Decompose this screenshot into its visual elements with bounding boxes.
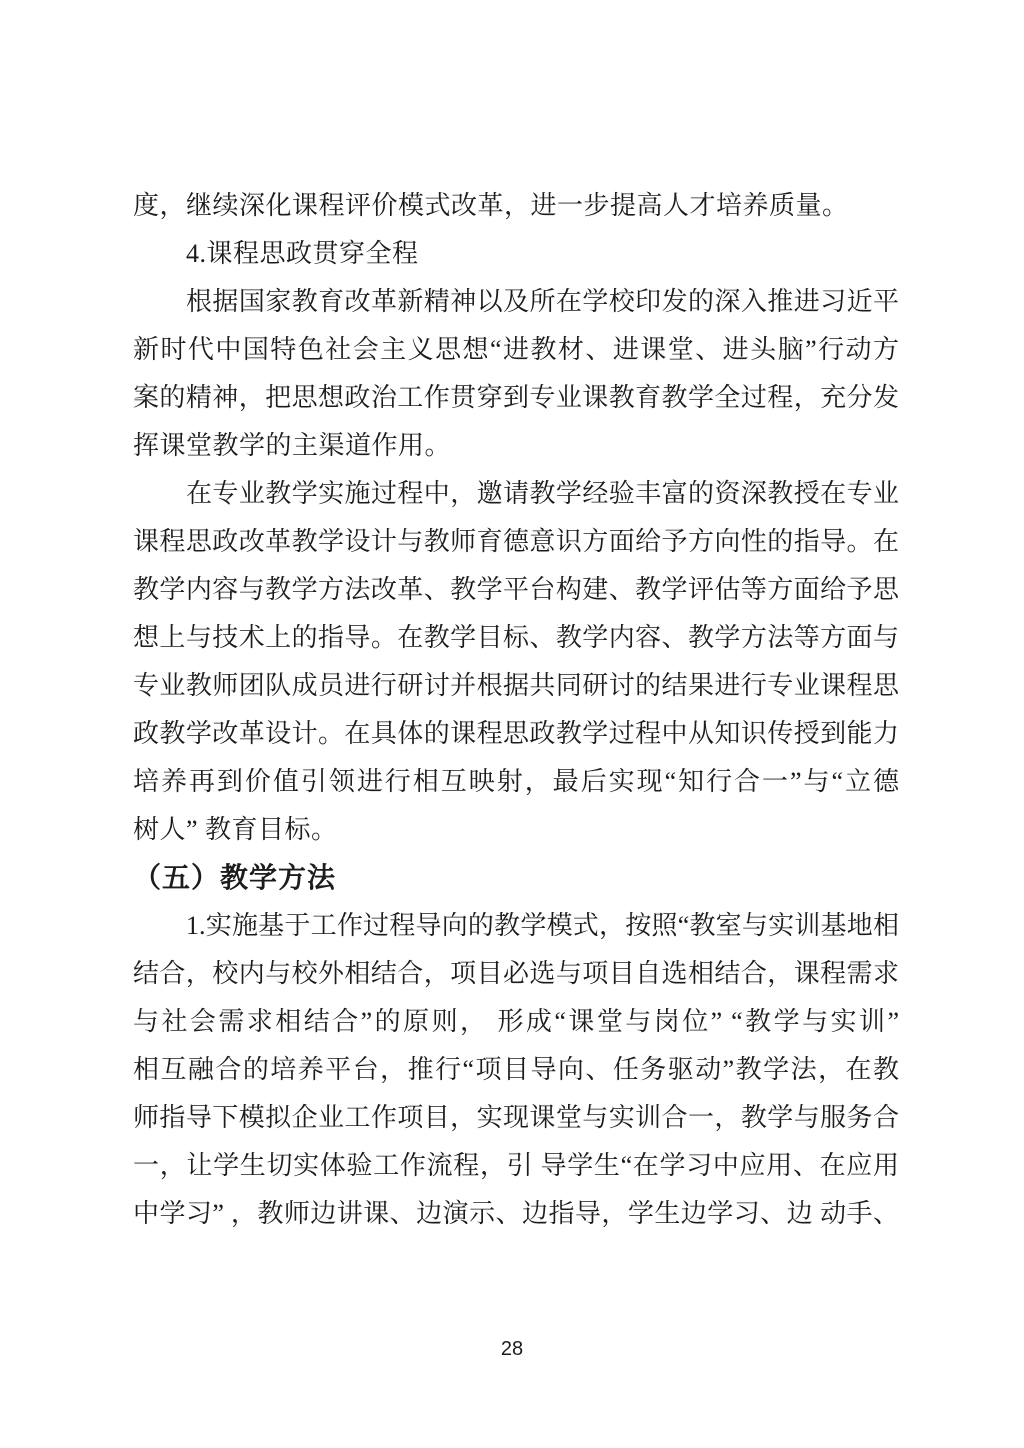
text-line: 课程思政改革教学设计与教师育德意识方面给予方向性的指导。在 <box>133 518 899 566</box>
text-line: 根据国家教育改革新精神以及所在学校印发的深入推进习近平 <box>133 278 899 326</box>
text-line: 在专业教学实施过程中，邀请教学经验丰富的资深教授在专业 <box>133 470 899 518</box>
text-line: 1.实施基于工作过程导向的教学模式，按照“教室与实训基地相 <box>133 902 899 950</box>
text-line: 一，让学生切实体验工作流程，引 导学生“在学习中应用、在应用 <box>133 1142 899 1190</box>
text-line: 中学习” ，教师边讲课、边演示、边指导，学生边学习、边 动手、 <box>133 1190 899 1238</box>
text-line: 树人” 教育目标。 <box>133 806 899 854</box>
text-line: 结合，校内与校外相结合，项目必选与项目自选相结合，课程需求 <box>133 950 899 998</box>
text-line: 教学内容与教学方法改革、教学平台构建、教学评估等方面给予思 <box>133 566 899 614</box>
numbered-subheading: 4.课程思政贯穿全程 <box>133 230 899 278</box>
page-number: 28 <box>0 1334 1024 1364</box>
text-line: 培养再到价值引领进行相互映射，最后实现“知行合一”与“立德 <box>133 758 899 806</box>
text-line: 专业教师团队成员进行研讨并根据共同研讨的结果进行专业课程思 <box>133 662 899 710</box>
text-line: 挥课堂教学的主渠道作用。 <box>133 422 899 470</box>
text-line: 相互融合的培养平台，推行“项目导向、任务驱动”教学法，在教 <box>133 1046 899 1094</box>
text-line: 与社会需求相结合”的原则， 形成“课堂与岗位” “教学与实训” <box>133 998 899 1046</box>
section-heading: （五）教学方法 <box>133 854 899 902</box>
text-line: 度，继续深化课程评价模式改革，进一步提高人才培养质量。 <box>133 182 899 230</box>
text-block: 度，继续深化课程评价模式改革，进一步提高人才培养质量。 4.课程思政贯穿全程 根… <box>133 182 899 1238</box>
document-page: 度，继续深化课程评价模式改革，进一步提高人才培养质量。 4.课程思政贯穿全程 根… <box>0 0 1024 1448</box>
text-line: 政教学改革设计。在具体的课程思政教学过程中从知识传授到能力 <box>133 710 899 758</box>
text-line: 新时代中国特色社会主义思想“进教材、进课堂、进头脑”行动方 <box>133 326 899 374</box>
text-line: 案的精神，把思想政治工作贯穿到专业课教育教学全过程，充分发 <box>133 374 899 422</box>
text-line: 想上与技术上的指导。在教学目标、教学内容、教学方法等方面与 <box>133 614 899 662</box>
text-line: 师指导下模拟企业工作项目，实现课堂与实训合一，教学与服务合 <box>133 1094 899 1142</box>
